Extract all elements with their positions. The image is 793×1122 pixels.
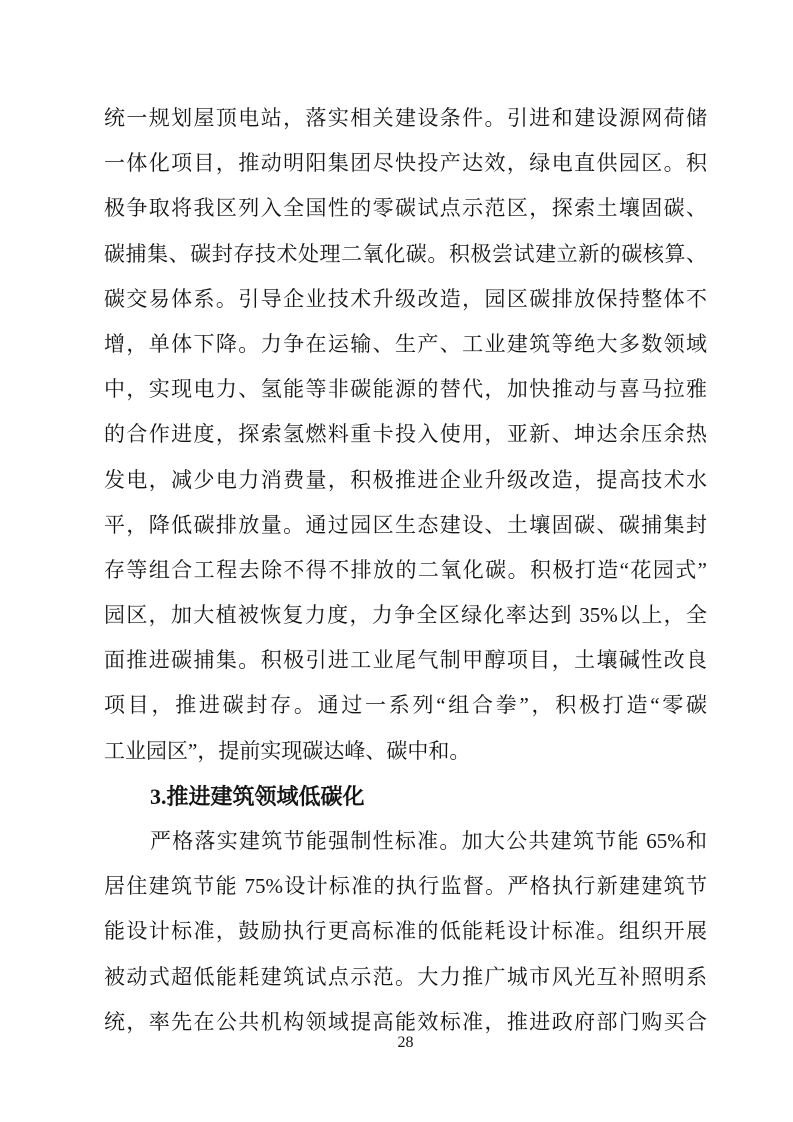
text-line: 严格落实建筑节能强制性标准。加大公共建筑节能 65%和 [104,819,707,864]
text-line: 园区，加大植被恢复力度，力争全区绿化率达到 35%以上，全 [104,593,707,638]
text-line: 极争取将我区列入全国性的零碳试点示范区，探索土壤固碳、 [104,186,707,231]
text-line: 中，实现电力、氢能等非碳能源的替代，加快推动与喜马拉雅 [104,367,707,412]
page-number: 28 [398,1034,414,1051]
text-line: 居住建筑节能 75%设计标准的执行监督。严格执行新建建筑节 [104,864,707,909]
text-line: 碳捕集、碳封存技术处理二氧化碳。积极尝试建立新的碳核算、 [104,232,707,277]
document-page: 统一规划屋顶电站，落实相关建设条件。引进和建设源网荷储 一体化项目，推动明阳集团… [0,0,793,1122]
text-line: 统一规划屋顶电站，落实相关建设条件。引进和建设源网荷储 [104,96,707,141]
text-line: 平，降低碳排放量。通过园区生态建设、土壤固碳、碳捕集封 [104,503,707,548]
text-line: 工业园区”，提前实现碳达峰、碳中和。 [104,729,707,774]
text-line: 被动式超低能耗建筑试点示范。大力推广城市风光互补照明系 [104,955,707,1000]
text-line: 发电，减少电力消费量，积极推进企业升级改造，提高技术水 [104,458,707,503]
text-line: 碳交易体系。引导企业技术升级改造，园区碳排放保持整体不 [104,277,707,322]
text-line: 一体化项目，推动明阳集团尽快投产达效，绿电直供园区。积 [104,141,707,186]
text-block: 统一规划屋顶电站，落实相关建设条件。引进和建设源网荷储 一体化项目，推动明阳集团… [104,96,707,1045]
text-line: 增，单体下降。力争在运输、生产、工业建筑等绝大多数领域 [104,322,707,367]
section-heading: 3.推进建筑领域低碳化 [104,774,707,819]
page-footer: 28 [104,1032,707,1054]
text-line: 的合作进度，探索氢燃料重卡投入使用，亚新、坤达余压余热 [104,412,707,457]
text-line: 面推进碳捕集。积极引进工业尾气制甲醇项目，土壤碱性改良 [104,638,707,683]
text-line: 存等组合工程去除不得不排放的二氧化碳。积极打造“花园式” [104,548,707,593]
text-line: 项目，推进碳封存。通过一系列“组合拳”，积极打造“零碳 [104,683,707,728]
text-line: 能设计标准，鼓励执行更高标准的低能耗设计标准。组织开展 [104,909,707,954]
